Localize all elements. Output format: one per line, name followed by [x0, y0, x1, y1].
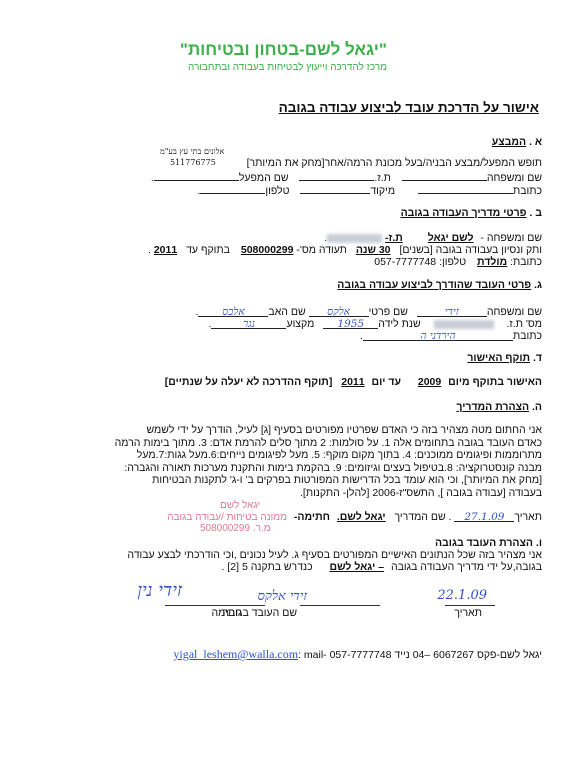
label-instructor-address: כתובת: [510, 256, 542, 268]
signature-label: חתימה [211, 607, 242, 620]
worker-name-signed: זידי אלקס [257, 588, 307, 604]
section-d-letter: ד. [533, 352, 542, 364]
section-a-letter: א . [529, 136, 542, 148]
label-instructor-signature: חתימה- [294, 511, 330, 523]
validity-note: [תוקף ההדרכה לא יעלה על שנתיים] [165, 376, 333, 388]
worker-declaration-line2: בגובה,על ידי מדריך העבודה בגובה – יגאל ל… [222, 561, 543, 574]
company-stamp-number: 511776775 [170, 158, 216, 167]
profession-field[interactable]: נגר [211, 318, 286, 329]
instructor-stamp-name: יגאל לשם [220, 500, 260, 511]
worker-firstname-field[interactable]: אלקס [309, 306, 369, 317]
worker-address-line: כתובתהירדני ה. [360, 330, 542, 343]
operator-type-text: תופש המפעל/מבצע הבניה/בעל מכונת הרמה/אחר… [247, 157, 542, 169]
label-phone: טלפון [265, 185, 289, 197]
cert-value: 508000299 [241, 244, 294, 256]
label-instructor: . שם המדריך [395, 511, 452, 523]
label-instructor-name: שם ומשפחה - [480, 232, 542, 244]
label-profession: מקצוע [286, 318, 314, 330]
section-b-title: פרטי מדריך העבודה בגובה [401, 207, 527, 219]
birth-year-field[interactable]: 1955 [323, 318, 378, 329]
declaration-instructor-name: – יגאל לשם [330, 561, 385, 573]
instructor-stamp-number: מ.ר. 508000299 [200, 523, 271, 534]
declaration-line: [מחק את המיותר], וכי הוא עומד בכל הדרישו… [115, 474, 542, 487]
section-a-title: המבצע [492, 136, 526, 148]
section-f-letter: ו. [536, 537, 542, 549]
father-name-value: אלבס [222, 306, 244, 318]
instructor-stamp-title: ממונה בטיחות /עבודה בגובה [167, 512, 287, 523]
worker-lastname-value: זידי [445, 306, 459, 318]
label-address: כתובת [513, 185, 542, 197]
valid-until-value: 2011 [154, 244, 177, 256]
worker-address-field[interactable]: הירדני ה [363, 330, 513, 341]
label-worker-name: שם ומשפחה [487, 306, 542, 318]
worker-name-line[interactable] [300, 605, 380, 606]
instructor-name-value: לשם יגאל [428, 232, 474, 244]
name-field[interactable] [402, 170, 487, 181]
factory-field[interactable] [154, 170, 239, 181]
instructor-value: יגאל לשם. [337, 511, 386, 523]
label-instructor-phone: טלפון: [439, 256, 466, 268]
label-worker-firstname: שם פרטי [369, 306, 408, 318]
worker-firstname-value: אלקס [327, 306, 350, 318]
father-name-field[interactable]: אלבס [198, 306, 268, 317]
instructor-address-line: כתובת: מולדת טלפון: 057-7777748 [374, 256, 542, 269]
valid-from-value: 2009 [418, 376, 441, 388]
footer-contact: יגאל לשם-פקס 6067267 –04 נייד 057-777774… [173, 648, 542, 662]
declaration-line: בעבודה [עבודה בגובה ], התשס"ז-2006 [להלן… [115, 487, 542, 500]
email-link[interactable]: yigal_leshem@walla.com [173, 647, 298, 661]
declaration-text: בגובה,על ידי מדריך העבודה בגובה [391, 561, 542, 573]
section-d-title: תוקף האישור [467, 352, 530, 364]
company-stamp-name: אלונים בתי עץ בע"מ [160, 147, 224, 156]
document-title: אישור על הדרכת עובד לביצוע עבודה בגובה [279, 100, 539, 115]
section-c-heading: ג. פרטי העובד שהודרך לביצוע עבודה בגובה [337, 279, 542, 292]
declaration-regulation: כנדרש בתקנה 5 [2] . [222, 561, 313, 573]
label-valid-to: עד יום [372, 376, 401, 388]
section-f-title: הצהרת העובד בגובה [435, 537, 533, 549]
section-a-line3: כתובת מיקוד טלפון. [197, 183, 542, 198]
sign-date-line[interactable] [445, 605, 495, 606]
instructor-date-value: 27.1.09 [464, 511, 504, 523]
phone-field[interactable] [200, 183, 265, 194]
label-valid-until: בתוקף עד [186, 244, 230, 256]
validity-line: האישור בתוקף מיום 2009 עד יום 2011 [תוקף… [165, 376, 542, 389]
instructor-phone-value: 057-7777748 [374, 256, 436, 268]
profession-value: נגר [243, 318, 255, 330]
section-e-heading: ה. הצהרת המדריך [456, 401, 542, 414]
experience-value: 30 שנה [356, 244, 391, 256]
section-d-heading: ד. תוקף האישור [467, 352, 542, 365]
label-worker-id: מס' ת.ז. [506, 318, 542, 330]
birth-year-value: 1955 [337, 318, 364, 330]
label-worker-address: כתובת [513, 330, 542, 342]
declaration-line: מבנה קונסטרוקציה: 8.בטיפול בעצים וגיזומי… [115, 462, 542, 475]
instructor-address-value: מולדת [477, 256, 507, 268]
label-cert: תעודה מס'- [296, 244, 347, 256]
label-experience: ותק ונסיון בעבודה בגובה [בשנים] [399, 244, 542, 256]
section-c-letter: ג. [534, 279, 542, 291]
zip-field[interactable] [300, 183, 370, 194]
signature-line[interactable] [165, 605, 265, 606]
section-e-letter: ה. [532, 401, 542, 413]
label-valid-from: האישור בתוקף מיום [448, 376, 542, 388]
section-a-line1: תופש המפעל/מבצע הבניה/בעל מכונת הרמה/אחר… [247, 157, 542, 170]
address-field[interactable] [418, 183, 513, 194]
declaration-line: כאדם העובד בגובה בתחומים אלה 1. על סולמו… [115, 437, 542, 450]
worker-id-redacted [434, 320, 494, 329]
sign-date-label: תאריך [454, 607, 482, 620]
company-tagline: מרכז להדרכה וייעוץ לבטיחות בעבודה ובתחבו… [188, 62, 387, 73]
instructor-date-field[interactable]: 27.1.09 [454, 511, 514, 522]
instructor-id-redacted [327, 234, 382, 243]
id-field[interactable] [299, 170, 374, 181]
label-instructor-date: תאריך [514, 511, 542, 523]
section-b-heading: ב . פרטי מדריך העבודה בגובה [401, 207, 542, 220]
label-instructor-id: ת.ז- [385, 232, 403, 244]
label-zip: מיקוד [370, 185, 395, 197]
mail-label: : mail [298, 649, 323, 661]
footer-phone-fax: יגאל לשם-פקס 6067267 –04 נייד 057-777774… [323, 649, 542, 661]
declaration-line: מתרוממות ופיגומים ממוכנים: 4. בתוך מקום … [115, 449, 542, 462]
section-a-heading: א . המבצע [492, 136, 542, 149]
declaration-line: אני החתום מטה מצהיר בזה כי האדם שפרטיו מ… [115, 424, 542, 437]
company-name: "יגאל לשם-בטחון ובטיחות" [180, 40, 387, 60]
label-father-name: שם האב [268, 306, 305, 318]
worker-address-value: הירדני ה [420, 330, 455, 342]
worker-lastname-field[interactable]: זידי [417, 306, 487, 317]
section-e-title: הצהרת המדריך [456, 401, 529, 413]
section-c-title: פרטי העובד שהודרך לביצוע עבודה בגובה [337, 279, 531, 291]
valid-to-value: 2011 [341, 376, 364, 388]
instructor-declaration: אני החתום מטה מצהיר בזה כי האדם שפרטיו מ… [115, 424, 542, 499]
worker-signature: זידי נין [137, 580, 182, 601]
section-b-letter: ב . [529, 207, 542, 219]
sign-date-value: 22.1.09 [437, 588, 487, 603]
label-birth-year: שנת לידה [378, 318, 420, 330]
